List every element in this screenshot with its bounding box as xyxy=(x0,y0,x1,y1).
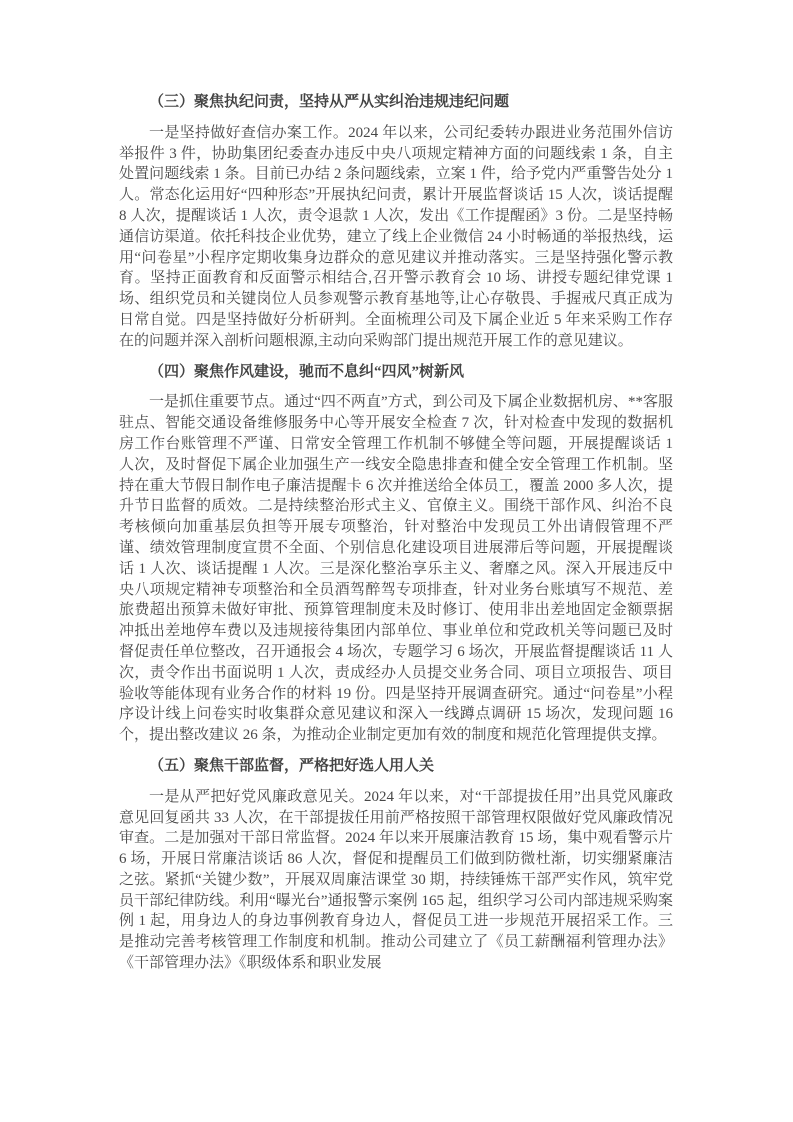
section-paragraph-4: 一是抓住重要节点。通过“四不两直”方式，到公司及下属企业数据机房、**客服驻点、… xyxy=(119,392,673,746)
section-heading-4: （四）聚焦作风建设，驰而不息纠“四风”树新风 xyxy=(119,362,673,383)
section-paragraph-5: 一是从严把好党风廉政意见关。2024 年以来，对“干部提拔任用”出具党风廉政意见… xyxy=(119,787,673,974)
section-heading-3: （三）聚焦执纪问责，坚持从严从实纠治违规违纪问题 xyxy=(119,92,673,113)
document-body: （三）聚焦执纪问责，坚持从严从实纠治违规违纪问题 一是坚持做好查信办案工作。20… xyxy=(119,92,673,974)
section-heading-5: （五）聚焦干部监督，严格把好选人用人关 xyxy=(119,756,673,777)
document-page: （三）聚焦执纪问责，坚持从严从实纠治违规违纪问题 一是坚持做好查信办案工作。20… xyxy=(0,0,793,1122)
section-paragraph-3: 一是坚持做好查信办案工作。2024 年以来，公司纪委转办跟进业务范围外信访举报件… xyxy=(119,123,673,352)
